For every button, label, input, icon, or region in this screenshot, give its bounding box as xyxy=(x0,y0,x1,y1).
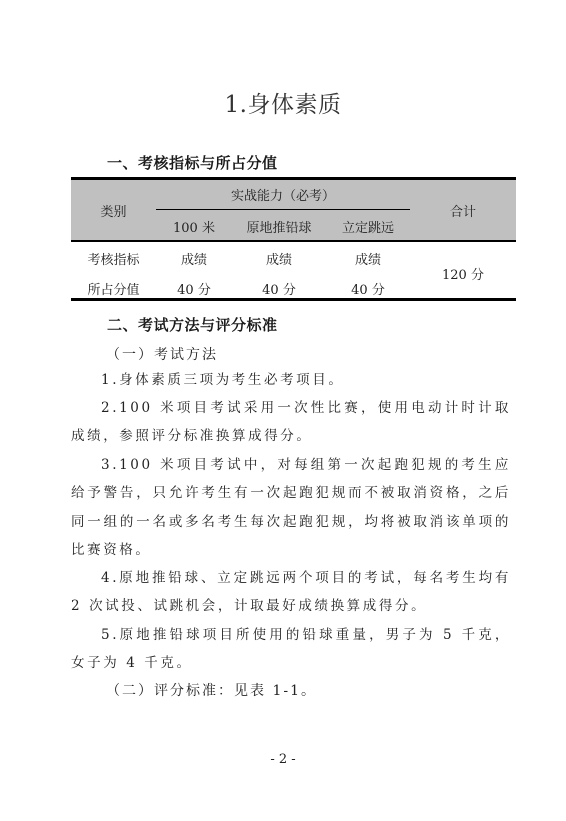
header-col-shotput: 原地推铅球 xyxy=(232,217,326,236)
paragraph-item-2: 2.100 米项目考试采用一次性比赛，使用电动计时计取成绩，参照评分标准换算成得… xyxy=(71,394,511,451)
subheading-exam-method: （一）考试方法 xyxy=(106,344,218,364)
header-category: 类别 xyxy=(71,201,156,220)
subheading-scoring-standard: （二）评分标准：见表 1-1。 xyxy=(106,680,317,700)
paragraph-item-4: 4.原地推铅球、立定跳远两个项目的考试，每名考生均有 2 次试投、试跳机会，计取… xyxy=(71,564,511,621)
paragraph-item-5: 5.原地推铅球项目所使用的铅球重量，男子为 5 千克，女子为 4 千克。 xyxy=(71,621,511,678)
table-cell: 40 分 xyxy=(326,279,410,298)
paragraph-item-1: 1.身体素质三项为考生必考项目。 xyxy=(71,366,511,394)
section-heading-indicators: 一、考核指标与所占分值 xyxy=(107,152,278,173)
table-cell: 40 分 xyxy=(156,279,232,298)
row-label-indicator: 考核指标 xyxy=(71,249,156,268)
page-title: 1.身体素质 xyxy=(0,86,566,119)
table-cell: 成绩 xyxy=(232,249,326,268)
score-table: 类别 实战能力（必考） 合计 100 米 原地推铅球 立定跳远 考核指标 成绩 … xyxy=(71,177,516,301)
page-number: - 2 - xyxy=(0,752,566,767)
paragraph-item-3: 3.100 米项目考试中，对每组第一次起跑犯规的考生应给予警告，只允许考生有一次… xyxy=(71,451,511,564)
header-col-longjump: 立定跳远 xyxy=(326,217,410,236)
table-header-rule xyxy=(71,240,516,242)
total-value: 120 分 xyxy=(410,264,516,283)
table-cell: 成绩 xyxy=(326,249,410,268)
section-heading-methods: 二、考试方法与评分标准 xyxy=(107,314,278,335)
table-group-rule xyxy=(156,209,410,210)
table-cell: 40 分 xyxy=(232,279,326,298)
row-label-score: 所占分值 xyxy=(71,279,156,298)
header-total: 合计 xyxy=(410,201,516,220)
table-cell: 成绩 xyxy=(156,249,232,268)
table-top-rule xyxy=(71,177,516,180)
table-bottom-rule xyxy=(71,298,516,301)
header-group: 实战能力（必考） xyxy=(156,185,410,204)
header-col-100m: 100 米 xyxy=(156,217,232,236)
